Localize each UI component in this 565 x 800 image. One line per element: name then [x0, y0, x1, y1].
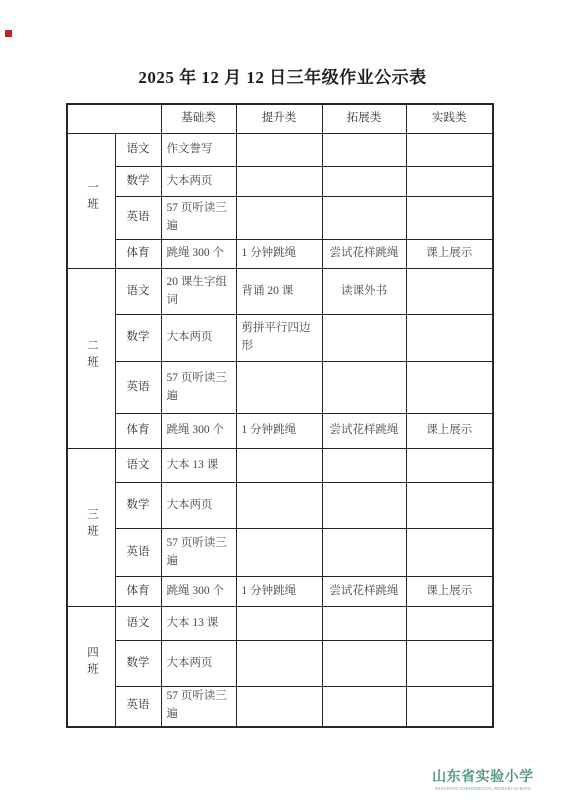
homework-cell: [322, 362, 406, 414]
subject-cell: 英语: [115, 529, 161, 577]
homework-cell: 大本两页: [161, 483, 236, 529]
homework-cell: 1 分钟跳绳: [236, 414, 322, 449]
homework-cell: [406, 362, 493, 414]
homework-cell: 57 页听读三遍: [161, 687, 236, 727]
subject-cell: 数学: [115, 315, 161, 362]
homework-cell: [236, 687, 322, 727]
school-name-en: SHANDONG EXPERIMENTAL PRIMARY SCHOOL: [435, 787, 532, 791]
homework-cell: 大本 13 课: [161, 449, 236, 483]
table-row: 英语 57 页听读三遍: [67, 687, 493, 727]
homework-cell: [236, 641, 322, 687]
table-row: 一班 语文 作文誊写: [67, 134, 493, 167]
class-label-cell: 四班: [67, 607, 115, 727]
class-label: 四班: [86, 646, 98, 679]
subject-cell: 数学: [115, 641, 161, 687]
homework-cell: 大本两页: [161, 167, 236, 197]
homework-cell: [322, 641, 406, 687]
homework-cell: [406, 134, 493, 167]
homework-cell: [236, 449, 322, 483]
subject-cell: 英语: [115, 197, 161, 240]
table-row: 体育 跳绳 300 个 1 分钟跳绳 尝试花样跳绳 课上展示: [67, 240, 493, 269]
homework-table: 基础类 提升类 拓展类 实践类 一班 语文 作文誊写 数学 大本两页 英语 57…: [66, 103, 494, 728]
class-label: 三班: [86, 508, 98, 541]
homework-cell: [236, 167, 322, 197]
homework-cell: [236, 607, 322, 641]
subject-cell: 数学: [115, 483, 161, 529]
homework-cell: 大本两页: [161, 315, 236, 362]
school-watermark: 山东省实验小学 SHANDONG EXPERIMENTAL PRIMARY SC…: [416, 770, 550, 793]
homework-cell: 尝试花样跳绳: [322, 414, 406, 449]
column-header: 实践类: [406, 104, 493, 134]
class-label-cell: 三班: [67, 449, 115, 607]
subject-cell: 体育: [115, 414, 161, 449]
homework-cell: 尝试花样跳绳: [322, 240, 406, 269]
school-name-cn: 山东省实验小学: [416, 770, 550, 787]
column-header: 拓展类: [322, 104, 406, 134]
homework-cell: [236, 362, 322, 414]
subject-cell: 语文: [115, 269, 161, 315]
table-row: 体育 跳绳 300 个 1 分钟跳绳 尝试花样跳绳 课上展示: [67, 414, 493, 449]
homework-cell: 大本 13 课: [161, 607, 236, 641]
class-label: 二班: [86, 339, 98, 372]
red-corner-marker: [5, 30, 12, 37]
table-row: 体育 跳绳 300 个 1 分钟跳绳 尝试花样跳绳 课上展示: [67, 577, 493, 607]
homework-cell: 课上展示: [406, 240, 493, 269]
homework-cell: [406, 315, 493, 362]
subject-cell: 体育: [115, 577, 161, 607]
subject-cell: 数学: [115, 167, 161, 197]
subject-cell: 语文: [115, 607, 161, 641]
homework-cell: [406, 197, 493, 240]
homework-cell: [406, 529, 493, 577]
homework-cell: [322, 197, 406, 240]
homework-cell: 跳绳 300 个: [161, 577, 236, 607]
homework-cell: [406, 167, 493, 197]
table-row: 英语 57 页听读三遍: [67, 197, 493, 240]
homework-cell: [236, 529, 322, 577]
subject-cell: 体育: [115, 240, 161, 269]
class-label: 一班: [86, 181, 98, 214]
table-row: 数学 大本两页 剪拼平行四边形: [67, 315, 493, 362]
table-header-row: 基础类 提升类 拓展类 实践类: [67, 104, 493, 134]
subject-cell: 语文: [115, 134, 161, 167]
corner-cell: [67, 104, 161, 134]
homework-cell: [406, 449, 493, 483]
table-row: 四班 语文 大本 13 课: [67, 607, 493, 641]
homework-cell: 20 课生字组词: [161, 269, 236, 315]
table-row: 数学 大本两页: [67, 167, 493, 197]
homework-cell: 课上展示: [406, 414, 493, 449]
column-header: 基础类: [161, 104, 236, 134]
homework-cell: [236, 197, 322, 240]
class-label-cell: 一班: [67, 134, 115, 269]
homework-cell: [322, 449, 406, 483]
subject-cell: 英语: [115, 362, 161, 414]
subject-cell: 语文: [115, 449, 161, 483]
homework-cell: [236, 134, 322, 167]
homework-cell: 剪拼平行四边形: [236, 315, 322, 362]
homework-cell: 背诵 20 课: [236, 269, 322, 315]
homework-cell: [406, 687, 493, 727]
homework-cell: [322, 529, 406, 577]
homework-cell: 读课外书: [322, 269, 406, 315]
homework-cell: 57 页听读三遍: [161, 197, 236, 240]
table-row: 英语 57 页听读三遍: [67, 529, 493, 577]
page-title: 2025 年 12 月 12 日三年级作业公示表: [0, 63, 565, 88]
table-row: 英语 57 页听读三遍: [67, 362, 493, 414]
homework-cell: [322, 315, 406, 362]
homework-cell: 跳绳 300 个: [161, 240, 236, 269]
homework-cell: 大本两页: [161, 641, 236, 687]
homework-cell: 1 分钟跳绳: [236, 577, 322, 607]
homework-cell: 1 分钟跳绳: [236, 240, 322, 269]
homework-cell: 跳绳 300 个: [161, 414, 236, 449]
subject-cell: 英语: [115, 687, 161, 727]
homework-cell: [406, 483, 493, 529]
class-label-cell: 二班: [67, 269, 115, 449]
homework-cell: 作文誊写: [161, 134, 236, 167]
homework-cell: [236, 483, 322, 529]
homework-cell: 57 页听读三遍: [161, 362, 236, 414]
homework-cell: 课上展示: [406, 577, 493, 607]
table-row: 二班 语文 20 课生字组词 背诵 20 课 读课外书: [67, 269, 493, 315]
homework-cell: [322, 607, 406, 641]
homework-cell: 尝试花样跳绳: [322, 577, 406, 607]
table-row: 数学 大本两页: [67, 483, 493, 529]
table-row: 三班 语文 大本 13 课: [67, 449, 493, 483]
homework-cell: 57 页听读三遍: [161, 529, 236, 577]
table-row: 数学 大本两页: [67, 641, 493, 687]
homework-cell: [322, 687, 406, 727]
column-header: 提升类: [236, 104, 322, 134]
homework-cell: [406, 641, 493, 687]
homework-cell: [322, 167, 406, 197]
homework-cell: [322, 134, 406, 167]
homework-cell: [322, 483, 406, 529]
homework-cell: [406, 269, 493, 315]
homework-cell: [406, 607, 493, 641]
